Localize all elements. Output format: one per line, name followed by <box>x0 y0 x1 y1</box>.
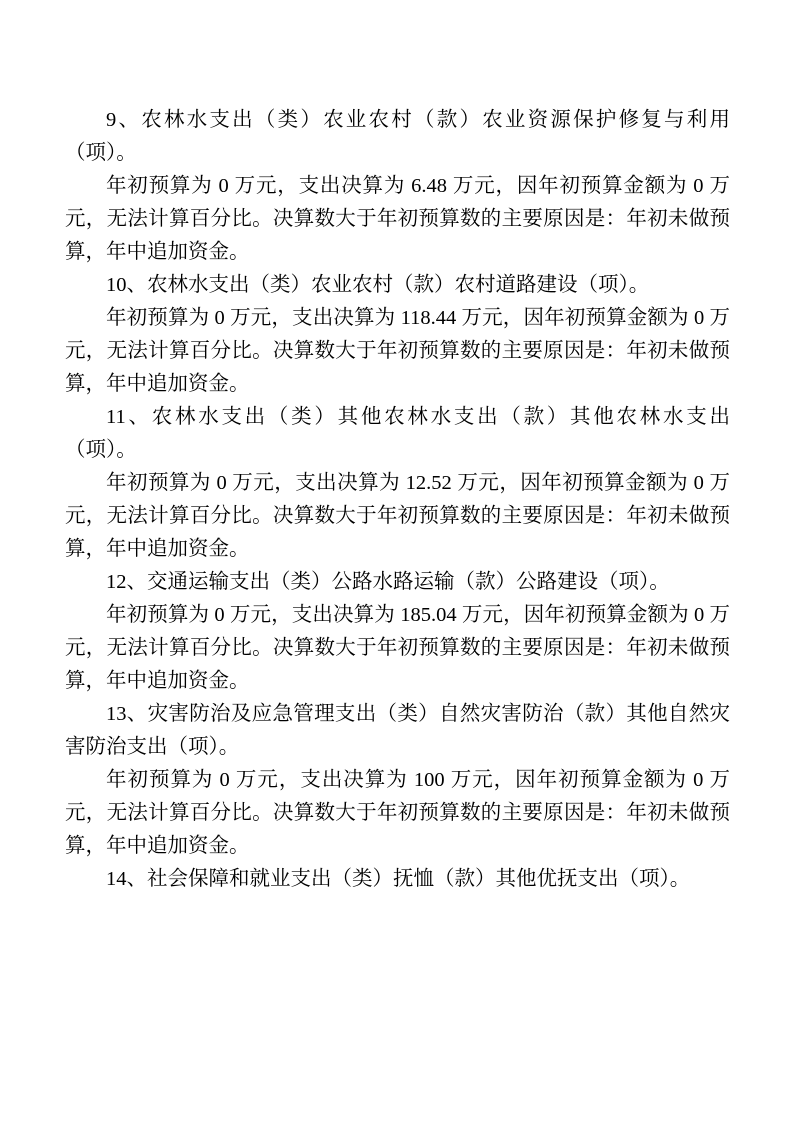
paragraph-item-11-heading: 11、农林水支出（类）其他农林水支出（款）其他农林水支出（项）。 <box>65 401 730 467</box>
paragraph-item-14-heading: 14、社会保障和就业支出（类）抚恤（款）其他优抚支出（项）。 <box>65 863 730 896</box>
paragraph-item-13-heading: 13、灾害防治及应急管理支出（类）自然灾害防治（款）其他自然灾害防治支出（项）。 <box>65 698 730 764</box>
paragraph-item-12-detail: 年初预算为 0 万元，支出决算为 185.04 万元，因年初预算金额为 0 万元… <box>65 599 730 698</box>
document-page: 9、农林水支出（类）农业农村（款）农业资源保护修复与利用（项）。 年初预算为 0… <box>0 0 793 1122</box>
paragraph-item-13-detail: 年初预算为 0 万元，支出决算为 100 万元，因年初预算金额为 0 万元，无法… <box>65 764 730 863</box>
paragraph-item-9-detail: 年初预算为 0 万元，支出决算为 6.48 万元，因年初预算金额为 0 万元，无… <box>65 170 730 269</box>
paragraph-item-12-heading: 12、交通运输支出（类）公路水路运输（款）公路建设（项）。 <box>65 566 730 599</box>
paragraph-item-11-detail: 年初预算为 0 万元，支出决算为 12.52 万元，因年初预算金额为 0 万元，… <box>65 467 730 566</box>
paragraph-item-10-detail: 年初预算为 0 万元，支出决算为 118.44 万元，因年初预算金额为 0 万元… <box>65 302 730 401</box>
paragraph-item-10-heading: 10、农林水支出（类）农业农村（款）农村道路建设（项）。 <box>65 269 730 302</box>
paragraph-item-9-heading: 9、农林水支出（类）农业农村（款）农业资源保护修复与利用（项）。 <box>65 104 730 170</box>
